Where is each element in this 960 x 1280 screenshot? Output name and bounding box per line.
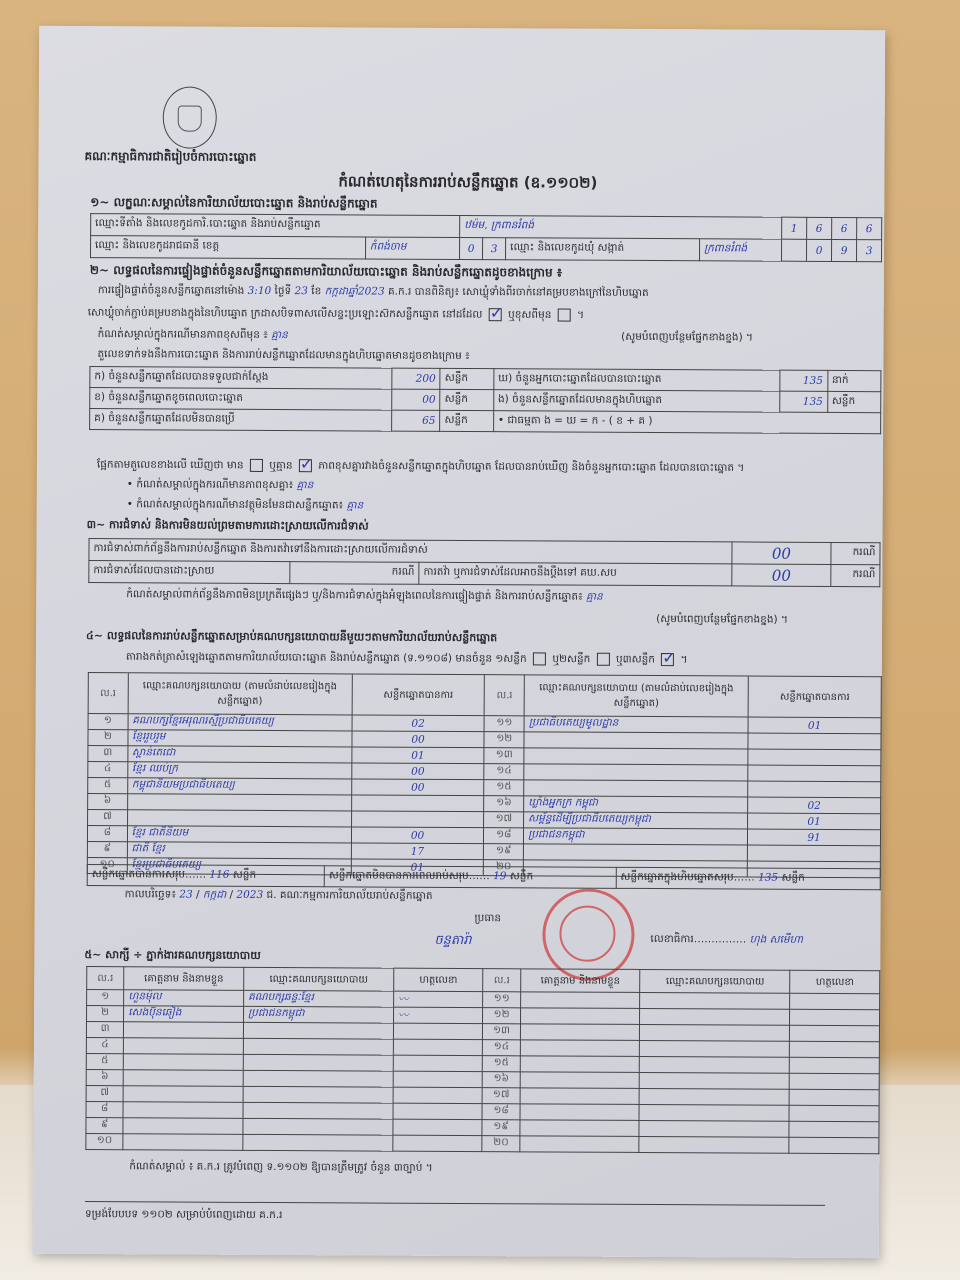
chair-signature: ចន្ទតារ៉ា bbox=[434, 932, 471, 951]
witness-party bbox=[243, 1038, 393, 1055]
province-code-digit: 3 bbox=[483, 238, 506, 260]
in-box-value: 135 bbox=[779, 391, 827, 412]
province-label: ឈ្មោះ និងលេខកូដរាជធានី ខេត្ត bbox=[91, 236, 366, 259]
commune-value: ក្រពានរំពង់ bbox=[699, 239, 781, 261]
witness-party bbox=[243, 1022, 393, 1039]
party-name bbox=[523, 844, 747, 861]
party-name: ឃ្លាំងអ្នកក្រ កម្ពុជា bbox=[524, 796, 748, 813]
row-number: ៨ bbox=[86, 1102, 123, 1118]
row-number: ១៧ bbox=[484, 812, 524, 828]
party-name: ខ្មែរ ជាតិនិយម bbox=[127, 826, 351, 843]
row-number: ៩ bbox=[86, 1118, 123, 1134]
section4-heading: ៤~ លទ្ធផលនៃការរាប់សន្លឹកឆ្នោតសម្រាប់គណបក… bbox=[86, 629, 497, 647]
witness-row: ១០២០ bbox=[86, 1134, 879, 1154]
party-votes: 02 bbox=[352, 715, 485, 732]
date-day: 23 bbox=[179, 889, 192, 901]
difference-line: ផ្អែកតាមតួលេខខាងលើ ឃើញថា មាន ឬគ្មាន ភាពខ… bbox=[97, 458, 745, 477]
row-number: ៦ bbox=[86, 1070, 123, 1086]
party-votes bbox=[748, 733, 881, 750]
witness-party bbox=[639, 1120, 789, 1137]
party-votes: 00 bbox=[352, 731, 485, 748]
witness-name bbox=[123, 1086, 243, 1103]
witness-party bbox=[640, 992, 790, 1009]
witness-name: ហួនម៉ុល bbox=[124, 990, 244, 1007]
witness-signature bbox=[393, 1039, 483, 1055]
row-number: ៣ bbox=[88, 746, 128, 762]
section2-heading: ២~ លទ្ធផលនៃការផ្ទៀងផ្ទាត់ចំនួនសន្លឹកឆ្នោ… bbox=[90, 262, 562, 282]
witness-party bbox=[243, 1070, 393, 1087]
form-title: កំណត់ហេតុនៃការរាប់សន្លឹកឆ្នោត (ឧ.១១០២) bbox=[338, 172, 597, 195]
witness-name bbox=[123, 1054, 243, 1071]
voters-value: 135 bbox=[779, 370, 827, 391]
row-number: ១៣ bbox=[483, 1024, 520, 1040]
row-number: ១៨ bbox=[482, 1104, 519, 1120]
secretary-line: លេខាធិការ…………… ហុង សមើហា bbox=[650, 933, 803, 949]
party-name bbox=[524, 780, 748, 797]
appeal-value: 00 bbox=[732, 564, 831, 587]
witness-signature bbox=[789, 1121, 879, 1137]
commune-code-digit: 9 bbox=[831, 239, 856, 261]
row-number: ១២ bbox=[484, 732, 524, 748]
formula-note: • ជាធម្មតា ង = ឃ = ក - ( ខ + គ ) bbox=[493, 411, 880, 434]
witness-name: សេងប៊ុនឆៀង bbox=[124, 1006, 244, 1023]
party-votes bbox=[351, 811, 484, 828]
irregularity-note-value: គ្មាន bbox=[586, 591, 603, 603]
party-votes: 17 bbox=[351, 843, 484, 860]
witness-party bbox=[243, 1118, 393, 1135]
row-number: ៣ bbox=[86, 1022, 123, 1038]
row-number: ៤ bbox=[86, 1038, 123, 1054]
party-votes bbox=[748, 765, 881, 782]
total-in-box-value: 135 bbox=[758, 871, 778, 883]
witness-name bbox=[124, 1038, 244, 1055]
party-name bbox=[524, 732, 748, 749]
row-number: ២ bbox=[88, 730, 128, 746]
party-votes bbox=[748, 749, 881, 766]
witness-table: ល.រ គោត្តនាម និងនាមខ្លួន ឈ្មោះគណបក្សនយោប… bbox=[85, 966, 880, 1154]
row-number: ២០ bbox=[482, 1136, 519, 1152]
witness-party bbox=[640, 1056, 790, 1073]
party-name: ស្ពាន់តេជោ bbox=[128, 746, 352, 763]
row-number: ១ bbox=[88, 714, 128, 730]
commune-code-digit: 3 bbox=[856, 240, 881, 262]
witness-name bbox=[123, 1134, 243, 1151]
received-value: 200 bbox=[392, 368, 440, 389]
objections-table: ការជំទាស់ពាក់ព័ន្ធនឹងការរាប់សន្លឹកឆ្នោត … bbox=[88, 538, 880, 587]
secretary-signature: ហុង សមើហា bbox=[750, 934, 803, 946]
witness-signature: 〰 bbox=[394, 991, 484, 1007]
witness-name bbox=[123, 1070, 243, 1087]
witness-name bbox=[520, 1120, 640, 1137]
section3-heading: ៣~ ការជំទាស់ និងការមិនយល់ព្រមតាមការដោះស្… bbox=[87, 518, 369, 535]
witness-party bbox=[243, 1054, 393, 1071]
commune-label: ឈ្មោះ និងលេខកូដឃុំ សង្កាត់ bbox=[506, 238, 700, 261]
witness-signature bbox=[790, 1025, 880, 1041]
party-name: សម្ព័ន្ធដើម្បីប្រជាធិបតេយ្យកម្ពុជា bbox=[524, 812, 748, 829]
same-as-before-checkbox[interactable] bbox=[489, 308, 502, 321]
party-votes: 00 bbox=[351, 779, 484, 796]
party-name bbox=[127, 794, 351, 811]
one-sheet-checkbox[interactable] bbox=[533, 652, 546, 665]
witness-signature bbox=[790, 1009, 880, 1025]
party-name bbox=[127, 810, 351, 827]
witness-signature bbox=[790, 1041, 880, 1057]
witness-name bbox=[520, 992, 640, 1009]
row-number: ៨ bbox=[87, 826, 127, 842]
difference-note-line: • កំណត់សម្គាល់ក្នុងករណីមានភាពខុសគ្នា៖ គ្… bbox=[127, 478, 314, 494]
witness-party bbox=[639, 1136, 789, 1153]
appeal-label: ការតវ៉ា ឬការជំទាស់ដែលអាចនឹងប្តឹងទៅ គឃ.សប bbox=[419, 562, 732, 586]
objections-value: 00 bbox=[732, 542, 831, 565]
irregularity-note-line: កំណត់សម្គាល់ពាក់ព័ន្ធនឹងភាពមិនប្រក្រតីផ្… bbox=[126, 588, 603, 605]
witness-signature bbox=[789, 1089, 879, 1105]
received-label: ក) ចំនួនសន្លឹកឆ្នោតដែលបានទទួលជាក់ស្តែង bbox=[90, 367, 392, 390]
foreign-object-note-line: • កំណត់សម្គាល់ក្នុងករណីមានវត្ថុមិនមែនជាស… bbox=[127, 498, 363, 514]
witness-name bbox=[520, 1056, 640, 1073]
row-number: ១៤ bbox=[484, 764, 524, 780]
witness-name bbox=[520, 1088, 640, 1105]
row-number: ១៦ bbox=[483, 1072, 520, 1088]
party-name: គណបក្សខ្មែរអរុណរស្មីប្រជាធិបតេយ្យ bbox=[128, 714, 352, 731]
row-number: ១៣ bbox=[484, 748, 524, 764]
row-number: ៦ bbox=[88, 794, 128, 810]
seal-note-line: កំណត់សម្គាល់ក្នុងករណីមានភាពខុសពីមុន ៖ គ្… bbox=[98, 328, 753, 346]
date-year: 2023 bbox=[236, 889, 263, 901]
witness-name bbox=[123, 1118, 243, 1135]
unused-label: គ) ចំនួនសន្លឹកឆ្នោតដែលមិនបានប្រើ bbox=[90, 409, 392, 432]
witness-name bbox=[520, 1072, 640, 1089]
totals-table: សន្លឹកឆ្នោតបានការសរុប…… 116 សន្លឹក សន្លឹ… bbox=[87, 864, 881, 890]
party-name: ប្រជាធិបតេយ្យមូលដ្ឋាន bbox=[524, 716, 748, 733]
ballot-count-report: គណៈកម្មាធិការជាតិរៀបចំការបោះឆ្នោត កំណត់ហ… bbox=[33, 26, 885, 1258]
witness-name bbox=[520, 1008, 640, 1025]
party-votes: 91 bbox=[748, 829, 881, 846]
row-number: ៩ bbox=[87, 842, 127, 858]
witness-party bbox=[640, 1088, 790, 1105]
witness-signature bbox=[393, 1087, 483, 1103]
commission-name: គណៈកម្មាធិការជាតិរៀបចំការបោះឆ្នោត bbox=[84, 148, 256, 167]
official-stamp-icon bbox=[542, 888, 634, 980]
witness-signature bbox=[393, 1103, 483, 1119]
province-value: កំពង់ចាម bbox=[365, 237, 459, 259]
has-difference-checkbox[interactable] bbox=[250, 459, 263, 472]
footer-note: កំណត់សម្គាល់ ៖ គ.ក.រ ត្រូវបំពេញ ទ.១១០២ ឱ… bbox=[129, 1160, 432, 1177]
party-votes: 02 bbox=[748, 797, 881, 814]
party-votes: 01 bbox=[748, 717, 881, 734]
in-box-label: ង) ចំនួនសន្លឹកឆ្នោតដែលមានក្នុងហិបឆ្នោត bbox=[493, 390, 779, 412]
witness-signature bbox=[393, 1135, 483, 1151]
section1-heading: ១~ លក្ខណៈសម្គាល់នៃការិយាល័យបោះឆ្នោត និងរ… bbox=[90, 194, 377, 214]
spoiled-value: 00 bbox=[392, 389, 440, 410]
row-number: ៧ bbox=[86, 1086, 123, 1102]
witness-party bbox=[640, 1008, 790, 1025]
party-results-table: ល.រ ឈ្មោះគណបក្សនយោបាយ (តាមលំដាប់លេខរៀងក្… bbox=[87, 672, 882, 878]
witness-signature bbox=[789, 1105, 879, 1121]
three-sheets-checkbox[interactable] bbox=[661, 653, 674, 666]
witness-name bbox=[520, 1136, 640, 1153]
row-number: ១៨ bbox=[484, 828, 524, 844]
station-code-digit: 6 bbox=[857, 218, 882, 240]
witness-party: ប្រជាជនកម្ពុជា bbox=[243, 1006, 393, 1023]
row-number: ១០ bbox=[86, 1134, 123, 1150]
party-votes: 01 bbox=[748, 813, 881, 830]
witness-signature bbox=[790, 993, 880, 1009]
witness-signature bbox=[790, 1073, 880, 1089]
row-number: ១៩ bbox=[484, 844, 524, 860]
form-note: ទម្រង់បែបបទ ១១០២ សម្រាប់បំពេញដោយ គ.ក.រ bbox=[85, 1208, 283, 1224]
row-number: ១៩ bbox=[482, 1120, 519, 1136]
row-number: ១ bbox=[87, 990, 124, 1006]
witness-name bbox=[520, 1040, 640, 1057]
row-number: ៥ bbox=[88, 778, 128, 794]
row-number: ១៥ bbox=[484, 780, 524, 796]
chair-label: ប្រធាន bbox=[475, 912, 502, 927]
party-votes bbox=[748, 781, 881, 798]
station-label: ឈ្មោះទីតាំង និងលេខកូដការិ.បោះឆ្នោត និងរា… bbox=[91, 214, 460, 238]
row-number: ១៥ bbox=[483, 1056, 520, 1072]
date-line: កាលបរិច្ឆេទ៖ 23 / កក្កដា / 2023 ជ. គណៈកម… bbox=[125, 888, 433, 905]
seal-status-line: សោឃ្លុំចាក់ភ្ជាប់គម្របខាងក្នុងនៃហិបឆ្នោត… bbox=[88, 306, 584, 324]
numbers-intro: តួលេខទាក់ទងនឹងការបោះឆ្នោត និងការរាប់សន្ល… bbox=[97, 348, 469, 365]
witness-party bbox=[243, 1086, 393, 1103]
party-votes: 01 bbox=[351, 747, 484, 764]
party-name: ខ្មែររួបរួម bbox=[128, 730, 352, 747]
witness-party bbox=[640, 1072, 790, 1089]
party-votes bbox=[747, 845, 880, 862]
station-value: ឋម៉ម, ក្រពានរំពង់ bbox=[460, 215, 782, 239]
changed-checkbox[interactable] bbox=[558, 309, 571, 322]
commission-emblem-icon bbox=[163, 86, 217, 148]
total-valid-value: 116 bbox=[209, 868, 229, 880]
station-code-digit: 6 bbox=[807, 217, 832, 239]
total-invalid-value: 19 bbox=[493, 870, 506, 882]
party-votes: 00 bbox=[351, 763, 484, 780]
witness-party bbox=[640, 1040, 790, 1057]
row-number: ២ bbox=[87, 1006, 124, 1022]
station-identity-table: ឈ្មោះទីតាំង និងលេខកូដការិ.បោះឆ្នោត និងរា… bbox=[90, 213, 882, 262]
tally-sheet-line: តារាងកត់ត្រាសំឡេងឆ្នោតតាមការិយាល័យបោះឆ្ន… bbox=[126, 650, 688, 668]
section5-heading: ៥~ សាក្សី ÷ ភ្នាក់ងារគណបក្សនយោបាយ bbox=[84, 948, 260, 965]
party-votes: 00 bbox=[351, 827, 484, 844]
witness-party: គណបក្សឆន្ទៈខ្មែរ bbox=[244, 990, 394, 1007]
footer-divider bbox=[85, 1201, 825, 1206]
verification-month-year: កក្កដាឆ្នាំ2023 bbox=[325, 285, 385, 297]
row-number: ៧ bbox=[88, 810, 128, 826]
voters-label: ឃ) ចំនួនអ្នកបោះឆ្នោតដែលបានបោះឆ្នោត bbox=[494, 369, 780, 391]
row-number: ១១ bbox=[483, 992, 520, 1008]
party-name: ជាតិ ខ្មែរ bbox=[127, 842, 351, 859]
witness-signature bbox=[393, 1119, 483, 1135]
party-name: ប្រជាជនកម្ពុជា bbox=[524, 828, 748, 845]
row-number: ១៦ bbox=[484, 796, 524, 812]
station-code-digit: 1 bbox=[782, 217, 807, 239]
witness-signature bbox=[790, 1057, 880, 1073]
verification-time: 3:10 bbox=[248, 285, 272, 297]
witness-name bbox=[520, 1104, 640, 1121]
row-number: ១៤ bbox=[483, 1040, 520, 1056]
commune-code-digit: 0 bbox=[806, 239, 831, 261]
party-name bbox=[524, 764, 748, 781]
seal-note-value: គ្មាន bbox=[271, 329, 288, 341]
resolved-label: ការជំទាស់ដែលបានដោះស្រាយ bbox=[89, 561, 290, 584]
witness-party bbox=[640, 1024, 790, 1041]
total-in-box: សន្លឹកឆ្នោតក្នុងហិបឆ្នោតសរុប…… 135 សន្លឹ… bbox=[616, 867, 880, 889]
verification-line: ការផ្ទៀងផ្ទាត់ចំនួនសន្លឹកឆ្នោតនៅម៉ោង 3:1… bbox=[98, 284, 649, 302]
party-name: ខ្មែរ ឈប់ក្រ bbox=[127, 762, 351, 779]
verification-day: 23 bbox=[295, 285, 308, 297]
spoiled-label: ខ) ចំនួនសន្លឹកឆ្នោតខូចពេលបោះឆ្នោត bbox=[90, 388, 392, 411]
witness-signature bbox=[393, 1023, 483, 1039]
witness-signature bbox=[789, 1137, 879, 1153]
station-code-digit: 6 bbox=[832, 217, 857, 239]
row-number: ៤ bbox=[88, 762, 128, 778]
difference-note-value: គ្មាន bbox=[297, 479, 314, 491]
total-invalid: សន្លឹកឆ្នោតមិនបានការពេលរាប់សរុប…… 19 សន្… bbox=[324, 866, 616, 889]
witness-name bbox=[520, 1024, 640, 1041]
province-code-digit: 0 bbox=[460, 237, 483, 259]
unused-value: 65 bbox=[392, 410, 440, 431]
row-number: ១៧ bbox=[483, 1088, 520, 1104]
row-number: ១២ bbox=[483, 1008, 520, 1024]
ballot-numbers-table: ក) ចំនួនសន្លឹកឆ្នោតដែលបានទទួលជាក់ស្តែង 2… bbox=[89, 366, 881, 434]
witness-name bbox=[123, 1102, 243, 1119]
party-name bbox=[524, 748, 748, 765]
two-sheets-checkbox[interactable] bbox=[597, 653, 610, 666]
witness-name bbox=[124, 1022, 244, 1039]
party-name: កម្ពុជានិយមប្រជាធិបតេយ្យ bbox=[127, 778, 351, 795]
row-number: ១១ bbox=[485, 716, 525, 732]
witness-signature bbox=[393, 1071, 483, 1087]
witness-party bbox=[243, 1134, 393, 1151]
no-difference-checkbox[interactable] bbox=[299, 459, 312, 472]
witness-signature: 〰 bbox=[393, 1007, 483, 1023]
witness-party bbox=[639, 1104, 789, 1121]
witness-signature bbox=[393, 1055, 483, 1071]
foreign-object-note-value: គ្មាន bbox=[346, 499, 363, 511]
witness-party bbox=[243, 1102, 393, 1119]
total-valid: សន្លឹកឆ្នោតបានការសរុប…… 116 សន្លឹក bbox=[87, 865, 324, 887]
row-number: ៥ bbox=[86, 1054, 123, 1070]
date-month: កក្កដា bbox=[203, 889, 226, 901]
party-votes bbox=[351, 795, 484, 812]
